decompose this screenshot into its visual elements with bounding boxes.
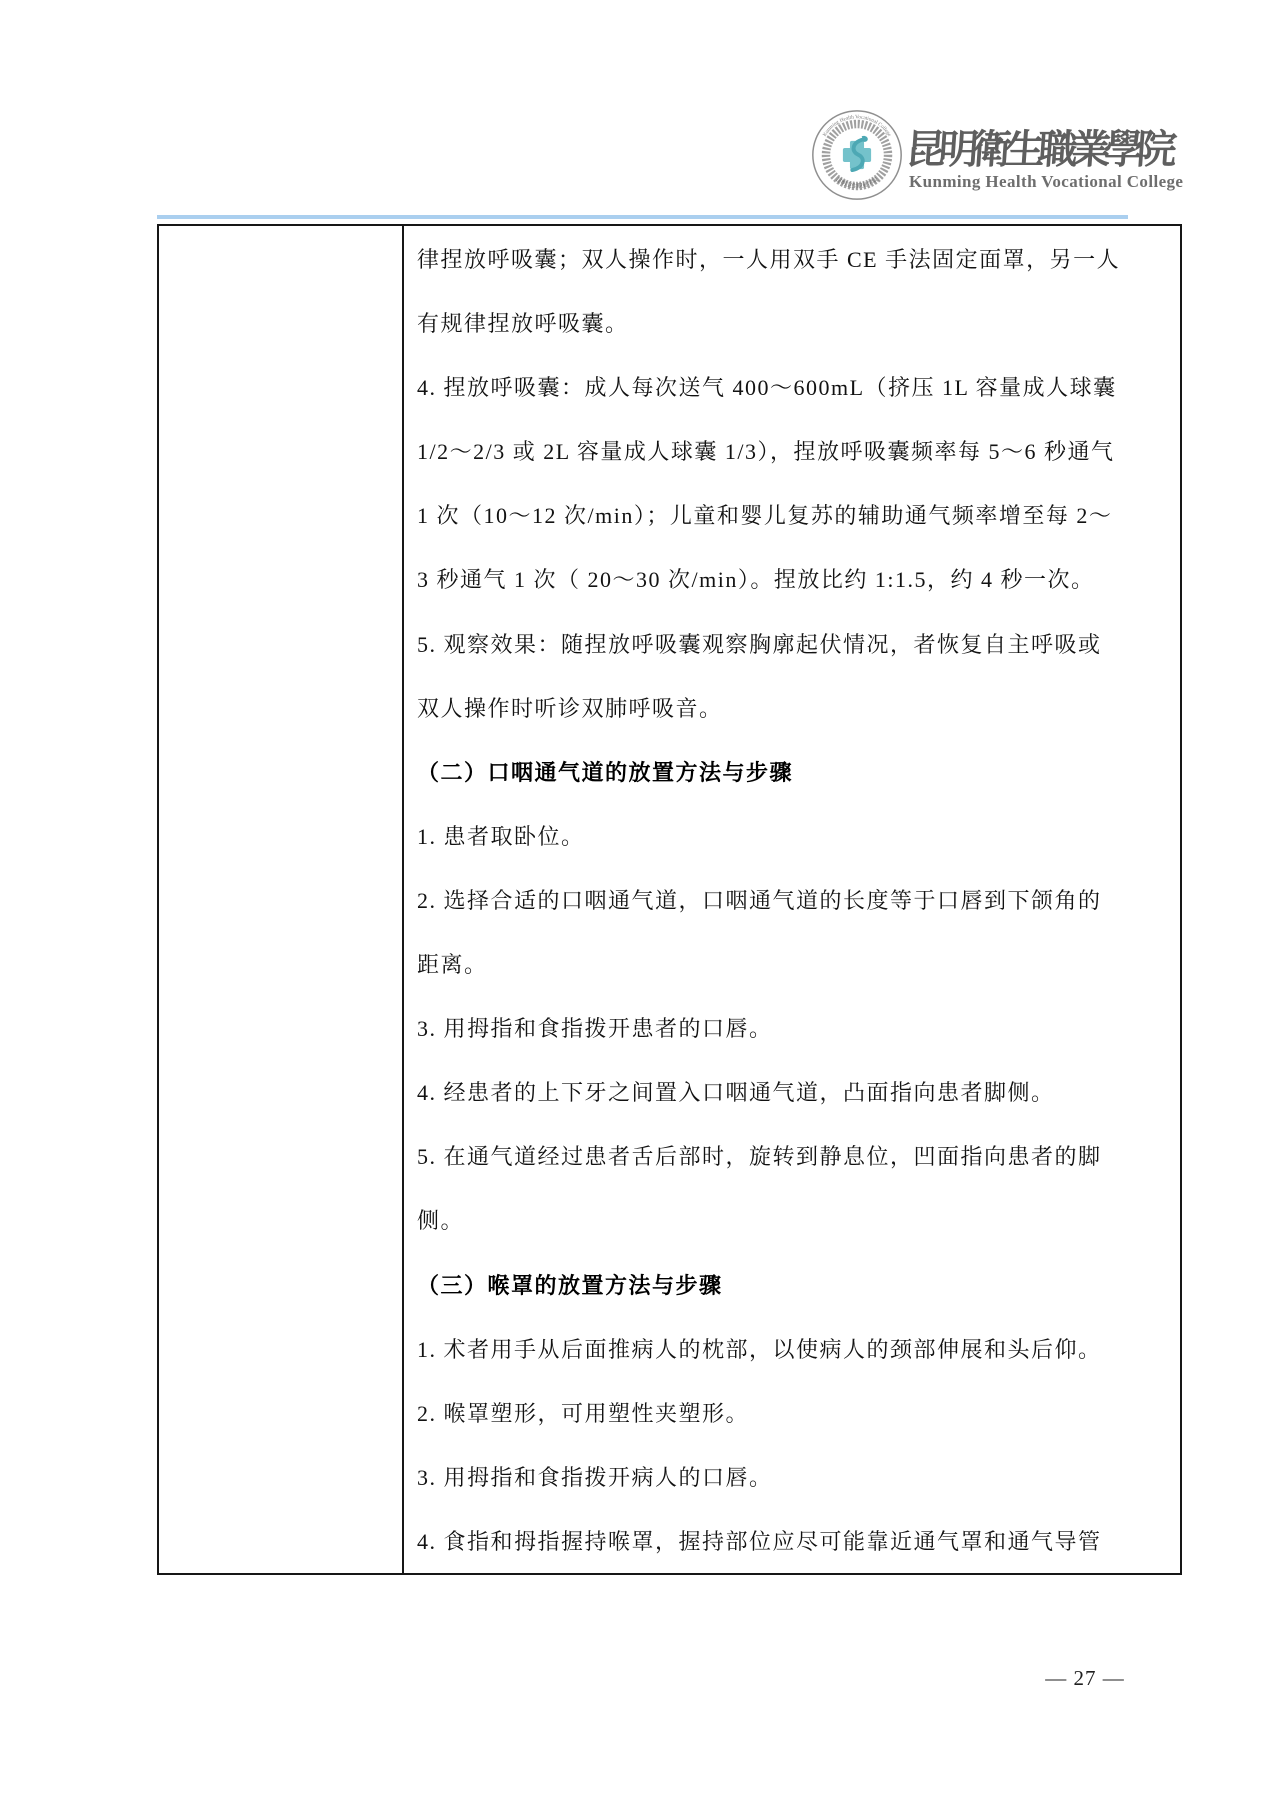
text-line: 3. 用拇指和食指拨开病人的口唇。 bbox=[417, 1446, 1170, 1510]
table-right-column: 律捏放呼吸囊；双人操作时，一人用双手 CE 手法固定面罩，另一人 有规律捏放呼吸… bbox=[404, 226, 1180, 1573]
text-line: 距离。 bbox=[417, 933, 1170, 997]
text-line: 2. 喉罩塑形，可用塑性夹塑形。 bbox=[417, 1382, 1170, 1446]
procedure-table: 律捏放呼吸囊；双人操作时，一人用双手 CE 手法固定面罩，另一人 有规律捏放呼吸… bbox=[157, 224, 1182, 1575]
text-line: 1. 术者用手从后面推病人的枕部，以使病人的颈部伸展和头后仰。 bbox=[417, 1318, 1170, 1382]
text-line: 1/2～2/3 或 2L 容量成人球囊 1/3），捏放呼吸囊频率每 5～6 秒通… bbox=[417, 420, 1170, 484]
text-line: 4. 食指和拇指握持喉罩，握持部位应尽可能靠近通气罩和通气导管 bbox=[417, 1510, 1170, 1573]
text-line: 3. 用拇指和食指拨开患者的口唇。 bbox=[417, 997, 1170, 1061]
text-line: 1 次（10～12 次/min）；儿童和婴儿复苏的辅助通气频率增至每 2～ bbox=[417, 484, 1170, 548]
text-line: 有规律捏放呼吸囊。 bbox=[417, 292, 1170, 356]
section-heading: （三）喉罩的放置方法与步骤 bbox=[417, 1254, 1170, 1318]
page-number: — 27 — bbox=[1024, 1666, 1146, 1691]
document-page: Kunming Health Vocational College 昆明卫生职业… bbox=[0, 0, 1274, 1801]
section-heading: （二）口咽通气道的放置方法与步骤 bbox=[417, 741, 1170, 805]
college-seal-logo: Kunming Health Vocational College 昆明卫生职业… bbox=[810, 108, 904, 202]
text-line: 双人操作时听诊双肺呼吸音。 bbox=[417, 677, 1170, 741]
text-line: 2. 选择合适的口咽通气道，口咽通气道的长度等于口唇到下颌角的 bbox=[417, 869, 1170, 933]
text-line: 侧。 bbox=[417, 1189, 1170, 1253]
text-line: 3 秒通气 1 次（ 20～30 次/min）。捏放比约 1:1.5，约 4 秒… bbox=[417, 548, 1170, 612]
college-name-english: Kunming Health Vocational College bbox=[909, 172, 1183, 192]
header-divider-rule bbox=[157, 215, 1128, 219]
table-left-column-empty bbox=[159, 226, 404, 1573]
text-line: 4. 捏放呼吸囊：成人每次送气 400～600mL（挤压 1L 容量成人球囊 bbox=[417, 356, 1170, 420]
college-name-calligraphy: 昆明衛生職業學院 bbox=[904, 118, 1172, 175]
text-line: 1. 患者取卧位。 bbox=[417, 805, 1170, 869]
text-line: 5. 观察效果：随捏放呼吸囊观察胸廓起伏情况，者恢复自主呼吸或 bbox=[417, 613, 1170, 677]
text-line: 4. 经患者的上下牙之间置入口咽通气道，凸面指向患者脚侧。 bbox=[417, 1061, 1170, 1125]
text-line: 律捏放呼吸囊；双人操作时，一人用双手 CE 手法固定面罩，另一人 bbox=[417, 228, 1170, 292]
text-line: 5. 在通气道经过患者舌后部时，旋转到静息位，凹面指向患者的脚 bbox=[417, 1125, 1170, 1189]
